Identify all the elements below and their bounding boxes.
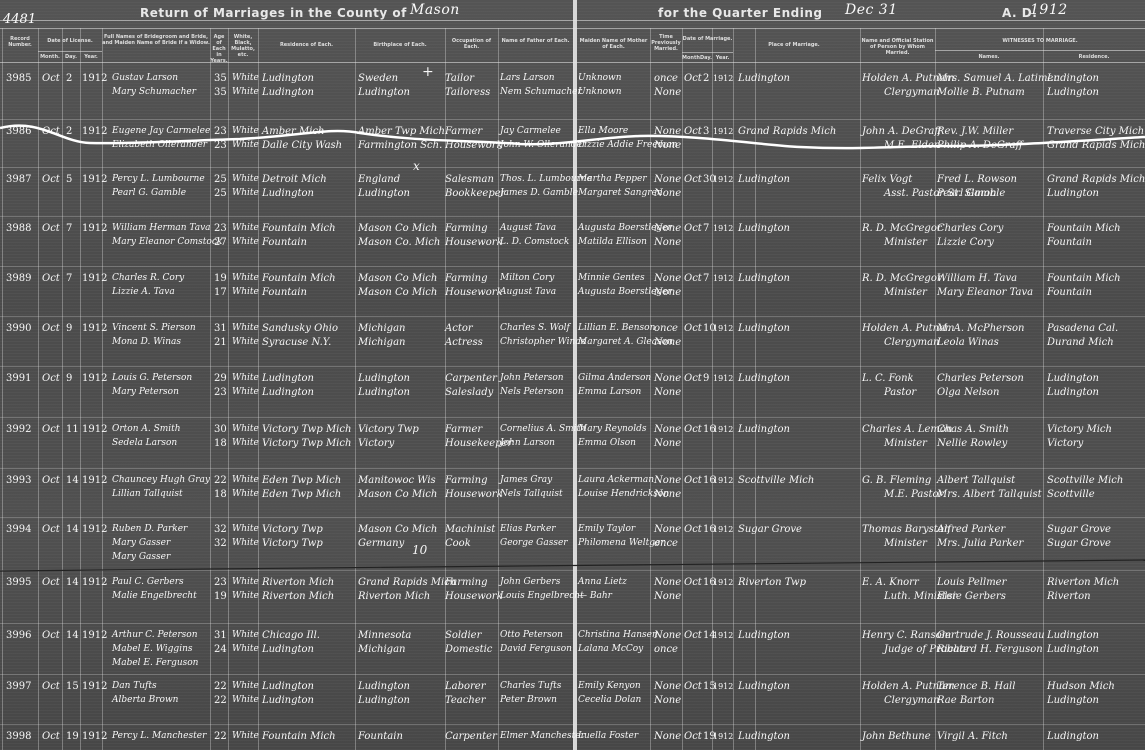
witness-1-residence: Fountain Mich xyxy=(1047,222,1121,235)
row-rule xyxy=(0,266,1145,267)
bride-mother: — Bahr xyxy=(578,590,612,603)
license-day: 5 xyxy=(66,173,72,186)
record-number: 3997 xyxy=(6,680,31,693)
witness-1-name: Virgil A. Fitch xyxy=(937,730,1008,743)
bride-age: 17 xyxy=(214,286,227,299)
groom-age: 32 xyxy=(214,523,227,536)
groom-mother: Christina Hansen xyxy=(578,629,658,642)
groom-occupation: Laborer xyxy=(445,680,486,693)
license-day: 14 xyxy=(66,523,79,536)
groom-times-married: None xyxy=(654,372,681,385)
groom-occupation: Carpenter xyxy=(445,372,497,385)
header-subrule xyxy=(935,50,1145,51)
col-date-of-marriage: Date of Marriage. xyxy=(682,36,733,42)
groom-mother: Lillian E. Benson xyxy=(578,322,655,335)
license-day: 2 xyxy=(66,125,72,138)
bride-occupation: Housework xyxy=(445,236,503,249)
row-rule xyxy=(0,724,1145,725)
license-month: Oct xyxy=(42,72,60,85)
bride-color: White xyxy=(232,590,259,603)
bride-birthplace: Mason Co. Mich xyxy=(358,236,440,249)
license-month: Oct xyxy=(42,730,60,743)
groom-color: White xyxy=(232,576,259,589)
marriage-place: Riverton Twp xyxy=(738,576,806,589)
groom-age: 22 xyxy=(214,474,227,487)
row-rule xyxy=(0,366,1145,367)
witness-1-residence: Riverton Mich xyxy=(1047,576,1119,589)
bride-residence: Ludington xyxy=(262,386,314,399)
bride-color: White xyxy=(232,236,259,249)
bride-name: Mary Eleanor Comstock xyxy=(112,236,222,249)
witness-1-residence: Ludington xyxy=(1047,730,1099,743)
witness-2-residence: Durand Mich xyxy=(1047,336,1114,349)
bride-color: White xyxy=(232,139,259,152)
col-witnesses: WITNESSES TO MARRIAGE. xyxy=(935,38,1145,44)
license-year: 1912 xyxy=(82,272,107,285)
license-month: Oct xyxy=(42,272,60,285)
marriage-place: Ludington xyxy=(738,322,790,335)
row-rule xyxy=(0,417,1145,418)
groom-age: 35 xyxy=(214,72,227,85)
groom-father: Charles Tufts xyxy=(500,680,561,693)
groom-age: 30 xyxy=(214,423,227,436)
groom-residence: Detroit Mich xyxy=(262,173,327,186)
bride-age: 23 xyxy=(214,386,227,399)
license-day: 9 xyxy=(66,322,72,335)
bride-residence: Victory Twp xyxy=(262,537,323,550)
bride-color: White xyxy=(232,286,259,299)
groom-age: 29 xyxy=(214,372,227,385)
groom-mother: Gilma Anderson xyxy=(578,372,651,385)
groom-occupation: Soldier xyxy=(445,629,481,642)
witness-2-name: Nellie Rowley xyxy=(937,437,1007,450)
bride-age: 24 xyxy=(214,643,227,656)
groom-age: 22 xyxy=(214,730,227,743)
license-year: 1912 xyxy=(82,222,107,235)
witness-2-name: Mollie B. Putnam xyxy=(937,86,1025,99)
groom-birthplace: Victory Twp xyxy=(358,423,419,436)
marriage-year: 1912 xyxy=(713,372,733,385)
marriage-month: Oct xyxy=(684,173,702,186)
groom-color: White xyxy=(232,173,259,186)
bride-occupation: Cook xyxy=(445,537,471,550)
annotation-mark: x xyxy=(413,160,420,173)
groom-times-married: None xyxy=(654,125,681,138)
witness-1-name: Alfred Parker xyxy=(937,523,1005,536)
witness-1-name: Chas A. Smith xyxy=(937,423,1009,436)
marriage-place: Ludington xyxy=(738,730,790,743)
bride-birthplace: Ludington xyxy=(358,694,410,707)
bride-name: Malie Engelbrecht xyxy=(112,590,197,603)
groom-residence: Fountain Mich xyxy=(262,730,336,743)
bride-father: David Ferguson xyxy=(500,643,572,656)
marriage-year: 1912 xyxy=(713,222,733,235)
annotation-mark: 10 xyxy=(412,544,427,557)
bride-name: Pearl G. Gamble xyxy=(112,187,186,200)
bride-mother: Philomena Weltger xyxy=(578,537,665,550)
license-day: 14 xyxy=(66,576,79,589)
bride-age: 32 xyxy=(214,537,227,550)
groom-name: Percy L. Lumbourne xyxy=(112,173,205,186)
bride-father: Nem Schumacher xyxy=(500,86,582,99)
bride-birthplace: Ludington xyxy=(358,187,410,200)
bride-occupation: Actress xyxy=(445,336,483,349)
groom-color: White xyxy=(232,730,259,743)
groom-color: White xyxy=(232,222,259,235)
bride-occupation: Bookkeeper xyxy=(445,187,505,200)
row-rule xyxy=(0,570,1145,571)
bride-occupation: Saleslady xyxy=(445,386,493,399)
marriage-month: Oct xyxy=(684,576,702,589)
witness-2-name: Leola Winas xyxy=(937,336,999,349)
bride-color: White xyxy=(232,386,259,399)
license-year: 1912 xyxy=(82,423,107,436)
bride-occupation: Teacher xyxy=(445,694,486,707)
license-year: 1912 xyxy=(82,372,107,385)
license-month: Oct xyxy=(42,680,60,693)
groom-occupation: Salesman xyxy=(445,173,494,186)
witness-1-residence: Pasadena Cal. xyxy=(1047,322,1118,335)
bride-times-married: None xyxy=(654,488,681,501)
groom-name: Charles R. Cory xyxy=(112,272,184,285)
bride-mother: Lalana McCoy xyxy=(578,643,643,656)
bride-birthplace: Michigan xyxy=(358,336,405,349)
license-day: 2 xyxy=(66,72,72,85)
witness-1-residence: Hudson Mich xyxy=(1047,680,1115,693)
witness-2-residence: Scottville xyxy=(1047,488,1095,501)
bride-age: 27 xyxy=(214,236,227,249)
license-year: 1912 xyxy=(82,474,107,487)
bride-occupation: Housework xyxy=(445,488,503,501)
groom-age: 19 xyxy=(214,272,227,285)
license-year: 1912 xyxy=(82,730,107,743)
witness-1-name: Terence B. Hall xyxy=(937,680,1015,693)
bride-occupation: Housework xyxy=(445,286,503,299)
annotation-mark: + xyxy=(422,66,434,79)
bride-color: White xyxy=(232,537,259,550)
row-rule xyxy=(0,316,1145,317)
groom-age: 25 xyxy=(214,173,227,186)
groom-mother: Emily Kenyon xyxy=(578,680,641,693)
groom-father: Charles S. Wolf xyxy=(500,322,570,335)
bride-residence: Ludington xyxy=(262,643,314,656)
bride-age: 35 xyxy=(214,86,227,99)
license-month: Oct xyxy=(42,629,60,642)
groom-age: 31 xyxy=(214,322,227,335)
bride-times-married: None xyxy=(654,139,681,152)
record-number: 3993 xyxy=(6,474,31,487)
groom-mother: Mary Reynolds xyxy=(578,423,647,436)
groom-father: Cornelius A. Smith xyxy=(500,423,586,436)
column-rule xyxy=(355,28,356,750)
record-number: 3988 xyxy=(6,222,31,235)
officiant-name: E. A. Knorr xyxy=(862,576,919,589)
column-rule xyxy=(2,28,3,750)
bride-residence: Eden Twp Mich xyxy=(262,488,341,501)
bride-age: 23 xyxy=(214,139,227,152)
bride-father: James D. Gamble xyxy=(500,187,578,200)
witness-2-name: Mrs. Julia Parker xyxy=(937,537,1023,550)
groom-times-married: None xyxy=(654,272,681,285)
bride-age: 18 xyxy=(214,437,227,450)
witness-1-residence: Ludington xyxy=(1047,629,1099,642)
groom-name: Louis G. Peterson xyxy=(112,372,192,385)
officiant-name: Felix Vogt xyxy=(862,173,912,186)
officiant-title: Minister xyxy=(884,286,927,299)
bride-name: Lizzie A. Tava xyxy=(112,286,175,299)
groom-father: John Gerbers xyxy=(500,576,560,589)
bride-father: L. D. Comstock xyxy=(500,236,569,249)
witness-1-residence: Grand Rapids Mich xyxy=(1047,173,1145,186)
officiant-name: R. D. McGregor xyxy=(862,272,942,285)
marriage-month: Oct xyxy=(684,680,702,693)
groom-residence: Chicago Ill. xyxy=(262,629,320,642)
marriage-place: Ludington xyxy=(738,72,790,85)
groom-mother: Minnie Gentes xyxy=(578,272,645,285)
groom-residence: Fountain Mich xyxy=(262,222,336,235)
officiant-name: R. D. McGregor xyxy=(862,222,942,235)
license-day: 7 xyxy=(66,272,72,285)
witness-1-name: Mrs. Samuel A. Latimer xyxy=(937,72,1047,85)
groom-birthplace: Amber Twp Mich xyxy=(358,125,445,138)
col-marriage-year: Year. xyxy=(712,55,733,61)
license-day: 9 xyxy=(66,372,72,385)
bride-times-married: None xyxy=(654,590,681,603)
groom-times-married: None xyxy=(654,523,681,536)
bride-name: Mona D. Winas xyxy=(112,336,181,349)
groom-color: White xyxy=(232,272,259,285)
witness-2-residence: Riverton xyxy=(1047,590,1091,603)
groom-occupation: Farmer xyxy=(445,423,482,436)
license-year: 1912 xyxy=(82,173,107,186)
groom-occupation: Farmer xyxy=(445,125,482,138)
officiant-name: John A. DeGraff xyxy=(862,125,941,138)
witness-2-name: Mrs. Albert Tallquist xyxy=(937,488,1042,501)
groom-father: John Peterson xyxy=(500,372,564,385)
record-number: 3986 xyxy=(6,125,31,138)
witness-1-residence: Sugar Grove xyxy=(1047,523,1111,536)
bride-father: John Larson xyxy=(500,437,555,450)
bride-residence: Dalle City Wash xyxy=(262,139,342,152)
marriage-month: Oct xyxy=(684,423,702,436)
witness-2-residence: Fountain xyxy=(1047,286,1092,299)
witness-1-residence: Ludington xyxy=(1047,372,1099,385)
license-year: 1912 xyxy=(82,322,107,335)
column-rule xyxy=(228,28,229,750)
col-license-year: Year. xyxy=(80,54,102,60)
marriage-day: 9 xyxy=(703,372,709,385)
col-place: Place of Marriage. xyxy=(733,42,855,48)
marriage-day: 3 xyxy=(703,125,709,138)
groom-age: 23 xyxy=(214,222,227,235)
groom-occupation: Farming xyxy=(445,222,488,235)
bride-residence: Fountain xyxy=(262,236,307,249)
bride-times-married: None xyxy=(654,437,681,450)
marriage-place: Ludington xyxy=(738,680,790,693)
groom-occupation: Carpenter xyxy=(445,730,497,743)
license-year: 1912 xyxy=(82,523,107,536)
bride-birthplace: Farmington Sch. xyxy=(358,139,442,152)
groom-father: Elias Parker xyxy=(500,523,556,536)
col-age: Age of Each in Years. xyxy=(210,34,228,64)
bride-mother: Emma Larson xyxy=(578,386,641,399)
marriage-month: Oct xyxy=(684,222,702,235)
column-rule xyxy=(498,28,499,750)
license-year: 1912 xyxy=(82,125,107,138)
license-year: 1912 xyxy=(82,680,107,693)
bride-residence: Riverton Mich xyxy=(262,590,334,603)
groom-name: William Herman Tava xyxy=(112,222,211,235)
witness-2-residence: Ludington xyxy=(1047,86,1099,99)
bride-occupation: Housework xyxy=(445,139,503,152)
officiant-title: M.E. Elder xyxy=(884,139,939,152)
marriage-month: Oct xyxy=(684,730,702,743)
groom-times-married: None xyxy=(654,222,681,235)
bride-color: White xyxy=(232,437,259,450)
groom-birthplace: Ludington xyxy=(358,680,410,693)
bride-residence: Ludington xyxy=(262,86,314,99)
column-rule xyxy=(62,28,63,750)
groom-name: Dan Tufts xyxy=(112,680,157,693)
groom-residence: Victory Twp Mich xyxy=(262,423,351,436)
bride-maiden-name: Mabel E. Ferguson xyxy=(112,657,198,670)
witness-1-residence: Scottville Mich xyxy=(1047,474,1123,487)
marriage-ledger-table: Record Number.Date of License.Month.Day.… xyxy=(0,0,1145,750)
groom-color: White xyxy=(232,680,259,693)
bride-birthplace: Mason Co Mich xyxy=(358,286,437,299)
groom-times-married: once xyxy=(654,72,678,85)
groom-occupation: Farming xyxy=(445,272,488,285)
license-month: Oct xyxy=(42,322,60,335)
witness-1-name: Charles Peterson xyxy=(937,372,1024,385)
groom-residence: Ludington xyxy=(262,372,314,385)
witness-2-residence: Ludington xyxy=(1047,694,1099,707)
record-number: 3995 xyxy=(6,576,31,589)
record-number: 3998 xyxy=(6,730,31,743)
groom-birthplace: Fountain xyxy=(358,730,403,743)
license-month: Oct xyxy=(42,576,60,589)
bride-times-married: None xyxy=(654,187,681,200)
marriage-year: 1912 xyxy=(713,680,733,693)
col-occupation: Occupation of Each. xyxy=(445,38,498,50)
groom-birthplace: Grand Rapids Mich xyxy=(358,576,456,589)
witness-1-residence: Fountain Mich xyxy=(1047,272,1121,285)
groom-name: Paul C. Gerbers xyxy=(112,576,184,589)
officiant-title: Clergyman xyxy=(884,336,939,349)
bride-birthplace: Michigan xyxy=(358,643,405,656)
header-rule xyxy=(0,62,1145,63)
bride-mother: Matilda Ellison xyxy=(578,236,647,249)
groom-mother: Ella Moore xyxy=(578,125,628,138)
row-rule xyxy=(0,167,1145,168)
groom-color: White xyxy=(232,523,259,536)
record-number: 3991 xyxy=(6,372,31,385)
bride-age: 25 xyxy=(214,187,227,200)
column-rule xyxy=(682,28,683,750)
row-rule xyxy=(0,623,1145,624)
column-rule xyxy=(860,28,861,750)
witness-2-name: Rae Barton xyxy=(937,694,994,707)
officiant-title: M.E. Pastor xyxy=(884,488,943,501)
license-month: Oct xyxy=(42,474,60,487)
witness-2-name: Elsie Gerbers xyxy=(937,590,1006,603)
groom-residence: Ludington xyxy=(262,72,314,85)
groom-father: James Gray xyxy=(500,474,552,487)
groom-mother: Unknown xyxy=(578,72,622,85)
witness-2-residence: Sugar Grove xyxy=(1047,537,1111,550)
row-rule xyxy=(0,517,1145,518)
groom-name: Chauncey Hugh Gray xyxy=(112,474,210,487)
bride-birthplace: Germany xyxy=(358,537,404,550)
bride-color: White xyxy=(232,643,259,656)
column-rule xyxy=(38,28,39,750)
bride-father: Nels Tallquist xyxy=(500,488,563,501)
row-rule xyxy=(0,468,1145,469)
header-rule xyxy=(0,28,1145,29)
groom-color: White xyxy=(232,125,259,138)
marriage-place: Ludington xyxy=(738,173,790,186)
groom-name: Gustav Larson xyxy=(112,72,178,85)
license-year: 1912 xyxy=(82,72,107,85)
groom-occupation: Actor xyxy=(445,322,473,335)
bride-age: 18 xyxy=(214,488,227,501)
groom-mother: Luella Foster xyxy=(578,730,638,743)
marriage-year: 1912 xyxy=(713,173,733,186)
bride-residence: Syracuse N.Y. xyxy=(262,336,331,349)
marriage-place: Scottville Mich xyxy=(738,474,814,487)
marriage-place: Ludington xyxy=(738,372,790,385)
license-year: 1912 xyxy=(82,629,107,642)
groom-times-married: None xyxy=(654,173,681,186)
license-month: Oct xyxy=(42,523,60,536)
bride-maiden-name: Mary Gasser xyxy=(112,551,170,564)
bride-name: Mary Schumacher xyxy=(112,86,196,99)
bride-father: August Tava xyxy=(500,286,556,299)
groom-color: White xyxy=(232,629,259,642)
groom-occupation: Machinist xyxy=(445,523,495,536)
bride-name: Mabel E. Wiggins xyxy=(112,643,193,656)
bride-mother: Emma Olson xyxy=(578,437,636,450)
bride-father: George Gasser xyxy=(500,537,568,550)
witness-1-name: M. A. McPherson xyxy=(937,322,1024,335)
bride-residence: Ludington xyxy=(262,694,314,707)
bride-age: 22 xyxy=(214,694,227,707)
bride-age: 21 xyxy=(214,336,227,349)
bride-name: Lillian Tallquist xyxy=(112,488,183,501)
license-day: 15 xyxy=(66,680,79,693)
groom-color: White xyxy=(232,372,259,385)
bride-times-married: None xyxy=(654,694,681,707)
groom-mother: Laura Ackerman xyxy=(578,474,654,487)
witness-1-name: Charles Cory xyxy=(937,222,1003,235)
col-record-number: Record Number. xyxy=(2,36,38,48)
bride-mother: Margaret Sangren xyxy=(578,187,663,200)
groom-age: 23 xyxy=(214,576,227,589)
license-day: 11 xyxy=(66,423,79,436)
witness-1-residence: Traverse City Mich xyxy=(1047,125,1144,138)
marriage-day: 2 xyxy=(703,72,709,85)
witness-2-residence: Ludington xyxy=(1047,643,1099,656)
bride-color: White xyxy=(232,86,259,99)
bride-times-married: None xyxy=(654,386,681,399)
marriage-year: 1912 xyxy=(713,423,733,436)
marriage-month: Oct xyxy=(684,372,702,385)
license-month: Oct xyxy=(42,125,60,138)
groom-birthplace: Michigan xyxy=(358,322,405,335)
row-rule xyxy=(0,216,1145,217)
marriage-year: 1912 xyxy=(713,72,733,85)
officiant-name: L. C. Fonk xyxy=(862,372,914,385)
